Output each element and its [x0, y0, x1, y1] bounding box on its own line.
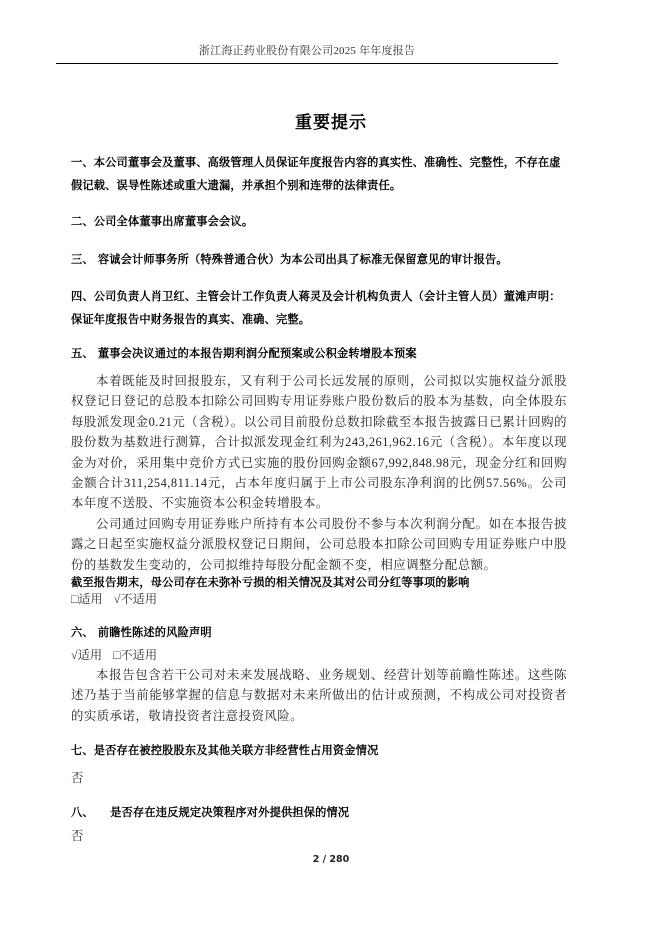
header-divider [56, 63, 558, 64]
uncovered-loss-options: □适用 √不适用 [71, 590, 567, 608]
section-1-statement: 一、本公司董事会及董事、高级管理人员保证年度报告内容的真实性、准确性、完整性，不… [71, 151, 567, 197]
option-not-applicable-checked: √不适用 [114, 592, 157, 606]
running-header: 浙江海正药业股份有限公司2025 年年度报告 [56, 42, 558, 58]
section-6-body: 本报告包含若干公司对未来发展战略、业务规划、经营计划等前瞻性陈述。这些陈述乃基于… [71, 665, 567, 726]
page-title: 重要提示 [0, 108, 662, 133]
forward-looking-paragraph: 本报告包含若干公司对未来发展战略、业务规划、经营计划等前瞻性陈述。这些陈述乃基于… [71, 665, 567, 726]
option-not-applicable-unchecked: □不适用 [113, 648, 157, 662]
page-number: 2 / 280 [0, 854, 662, 865]
section-7-answer: 否 [71, 768, 567, 786]
section-6-options: √适用 □不适用 [71, 646, 567, 664]
section-5-body: 本着既能及时回报股东，又有利于公司长远发展的原则，公司拟以实施权益分派股权登记日… [71, 371, 567, 575]
section-2-statement: 二、公司全体董事出席董事会会议。 [71, 210, 567, 233]
buyback-account-paragraph: 公司通过回购专用证券账户所持有本公司股份不参与本次利润分配。如在本报告披露之日起… [71, 514, 567, 575]
section-5-heading: 五、 董事会决议通过的本报告期利润分配预案或公积金转增股本预案 [71, 342, 567, 365]
option-applicable-unchecked: □适用 [71, 592, 103, 606]
section-3-statement: 三、 容诚会计师事务所（特殊普通合伙）为本公司出具了标准无保留意见的审计报告。 [71, 248, 567, 271]
section-6-heading: 六、 前瞻性陈述的风险声明 [71, 621, 567, 644]
section-8-answer: 否 [71, 826, 567, 844]
section-4-statement: 四、公司负责人肖卫红、主管会计工作负责人蒋灵及会计机构负责人（会计主管人员）董滩… [71, 285, 567, 331]
section-8-heading: 八、 是否存在违反规定决策程序对外提供担保的情况 [71, 801, 567, 824]
option-applicable-checked: √适用 [71, 648, 102, 662]
section-7-heading: 七、是否存在被控股股东及其他关联方非经营性占用资金情况 [71, 739, 567, 762]
profit-distribution-paragraph: 本着既能及时回报股东，又有利于公司长远发展的原则，公司拟以实施权益分派股权登记日… [71, 371, 567, 514]
